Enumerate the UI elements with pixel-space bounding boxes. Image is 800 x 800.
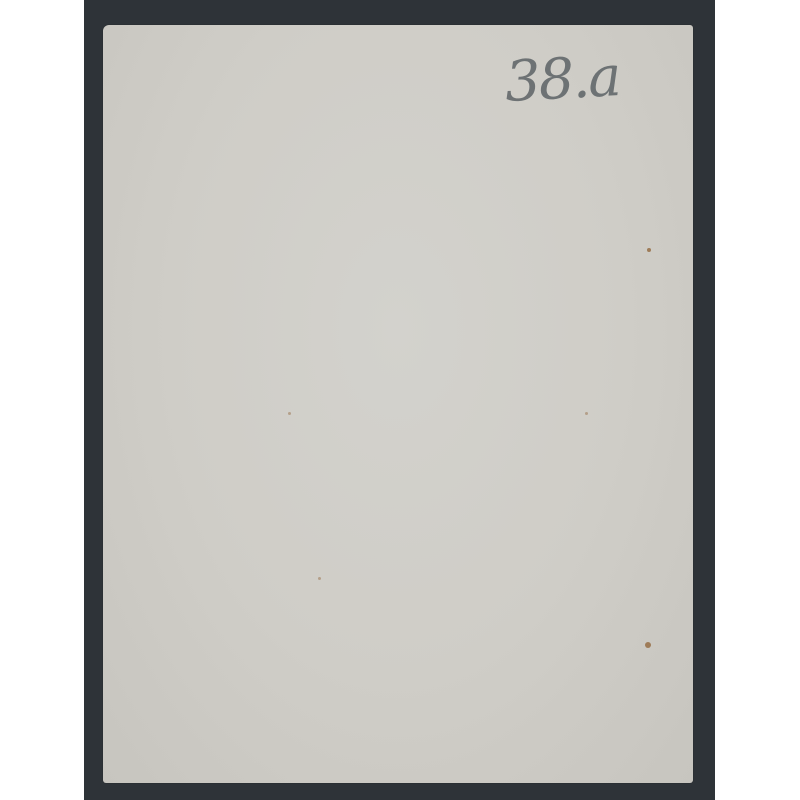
foxing-spot xyxy=(318,577,321,580)
foxing-spot xyxy=(585,412,588,415)
foxing-spot xyxy=(647,248,651,252)
foxing-spot xyxy=(645,642,651,648)
pencil-catalog-note: 38.a xyxy=(503,44,621,115)
stamp-reverse: 38.a xyxy=(103,25,693,783)
foxing-spot xyxy=(288,412,291,415)
